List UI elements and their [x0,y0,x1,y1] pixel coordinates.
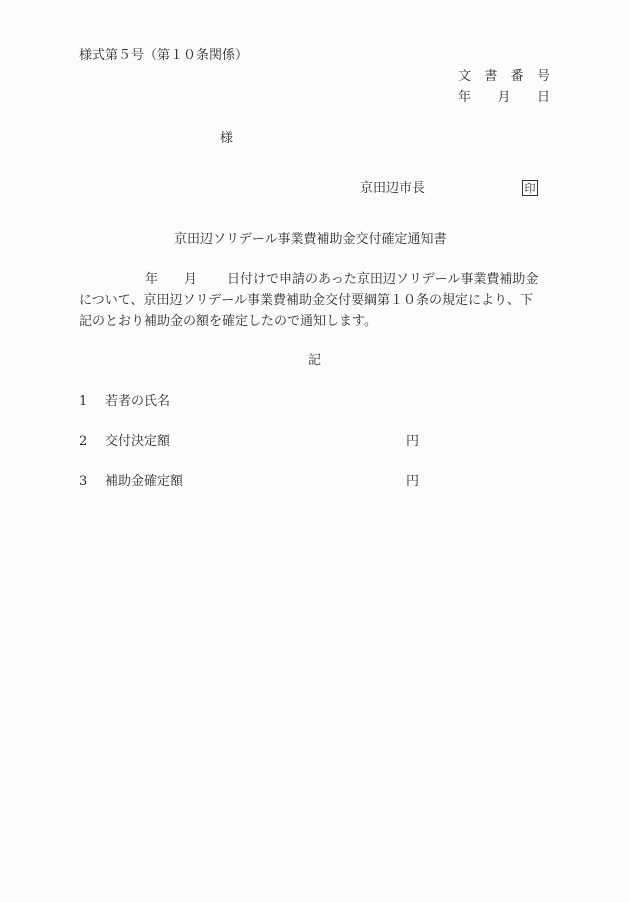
doc-number-char: 番 [511,70,524,83]
body-year: 年 [145,272,158,287]
body-line-1: 年月日付けで申請のあった京田辺ソリデール事業費補助金 [79,273,552,294]
body-month: 月 [184,272,197,287]
item-number: 2 [79,435,105,448]
seal-stamp-icon: 印 [522,180,538,196]
body-line-3: 記のとおり補助金の額を確定したので通知します。 [79,315,552,336]
item-label: 交付決定額 [105,435,170,448]
document-title: 京田辺ソリデール事業費補助金交付確定通知書 [174,233,446,246]
item-label: 補助金確定額 [105,475,183,488]
doc-number-char: 号 [537,70,550,83]
date-day-label: 日 [537,91,550,104]
item-label: 若者の氏名 [105,395,170,408]
item-number: 3 [79,475,105,488]
list-item: 2交付決定額 [79,435,170,448]
document-number-label: 文 書 番 号 [458,70,550,83]
list-item: 1若者の氏名 [79,395,170,408]
body-paragraph: 年月日付けで申請のあった京田辺ソリデール事業費補助金 について、京田辺ソリデール… [79,273,552,336]
yen-unit: 円 [406,435,419,448]
list-item: 3補助金確定額 [79,475,183,488]
doc-number-char: 文 [458,70,471,83]
doc-number-char: 書 [484,70,497,83]
date-year-label: 年 [458,91,471,104]
item-number: 1 [79,395,105,408]
body-line-1-text: 日付けで申請のあった京田辺ソリデール事業費補助金 [227,272,538,287]
addressee-honorific: 様 [220,132,233,145]
ki-heading: 記 [308,354,321,367]
document-date: 年 月 日 [458,91,550,104]
yen-unit: 円 [406,475,419,488]
body-line-2: について、京田辺ソリデール事業費補助金交付要綱第１０条の規定により、下 [79,294,552,315]
sender-name: 京田辺市長 [360,182,425,195]
date-month-label: 月 [497,91,510,104]
form-number: 様式第５号（第１０条関係） [79,49,248,62]
